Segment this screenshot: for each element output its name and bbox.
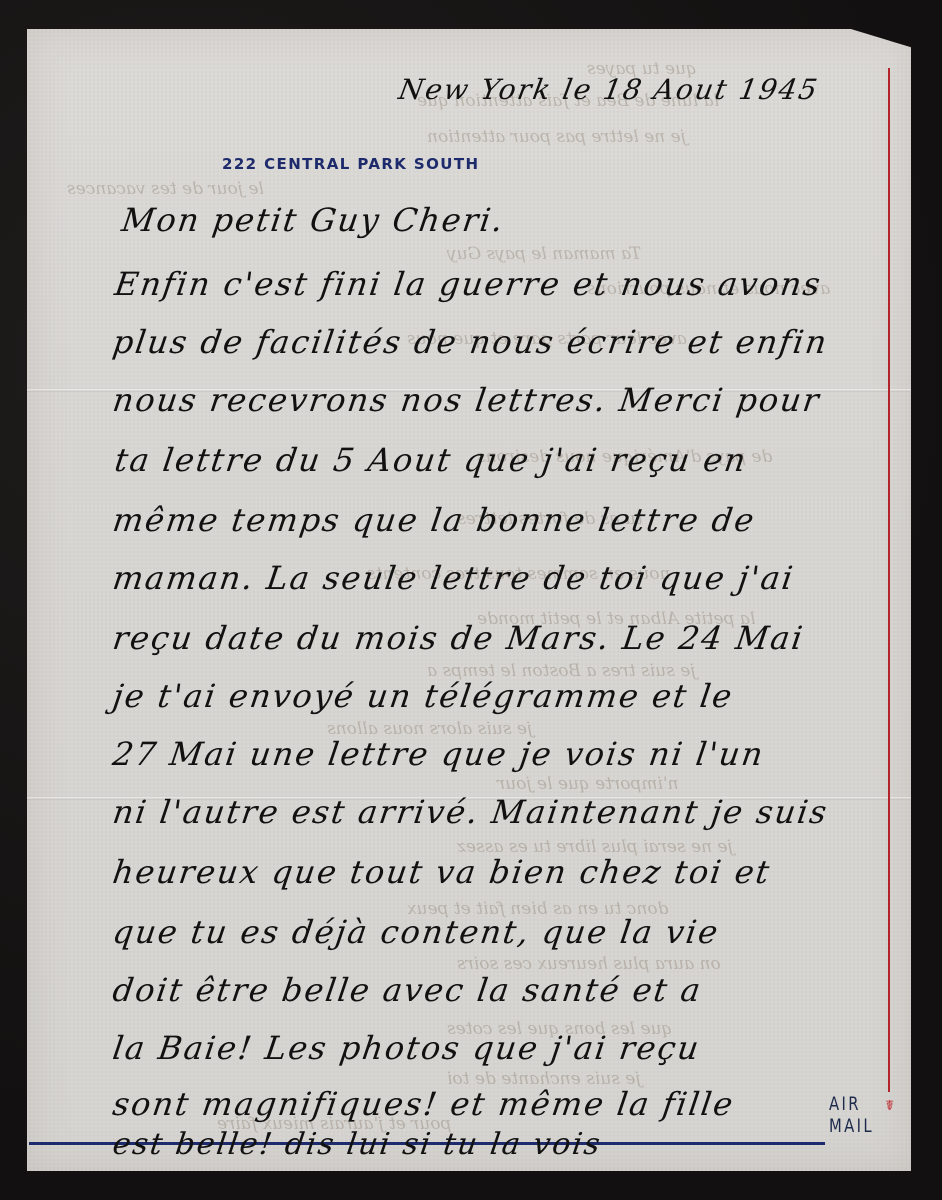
letter-line: est belle! dis lui si tu la vois (111, 1127, 604, 1162)
letter-line: nous recevrons nos lettres. Merci pour (110, 381, 823, 419)
letter-sheet: que tu payes la lune de Bea et fais atte… (27, 29, 911, 1171)
air-mail-line1: AIR (829, 1093, 874, 1115)
letter-line: heureux que tout va bien chez toi et (110, 853, 773, 891)
letter-line: ta lettre du 5 Aout que j'ai reçu en (112, 441, 749, 479)
bleed-through-text: je ne lettre pas pour attention (427, 127, 686, 147)
letter-line: ni l'autre est arrivé. Maintenant je sui… (110, 793, 831, 831)
bleed-through-text: n'importe que le jour (497, 774, 679, 794)
letter-salutation: Mon petit Guy Cheri. (119, 201, 507, 239)
bleed-through-text: le jour de tes vacances (67, 179, 264, 199)
letter-line: reçu date du mois de Mars. Le 24 Mai (110, 619, 806, 657)
letter-line: sont magnifiques! et même la fille (110, 1085, 737, 1123)
letter-line: Enfin c'est fini la guerre et nous avons (112, 265, 824, 303)
letter-dateline: New York le 18 Aout 1945 (396, 73, 821, 106)
letter-line: la Baie! Les photos que j'ai reçu (110, 1029, 703, 1067)
letter-line: même temps que la bonne lettre de (110, 501, 758, 539)
air-mail-stamp: AIR MAIL (829, 1093, 874, 1137)
red-margin-line (888, 68, 890, 1092)
letter-line: je t'ai envoyé un télégramme et le (110, 677, 736, 715)
letter-line: plus de facilités de nous écrire et enfi… (110, 323, 830, 361)
letter-line: que tu es déjà content, que la vie (110, 913, 722, 951)
letter-line: 27 Mai une lettre que je vois ni l'un (110, 735, 767, 773)
air-mail-line2: MAIL (829, 1115, 874, 1137)
air-mail-emblem-icon: ☤ (885, 1098, 894, 1114)
letter-line: maman. La seule lettre de toi que j'ai (110, 559, 797, 597)
bleed-through-text: Ta maman le pays Guy (447, 244, 641, 264)
letterhead-address: 222 CENTRAL PARK SOUTH (222, 155, 479, 173)
letter-line: doit être belle avec la santé et a (110, 971, 704, 1009)
